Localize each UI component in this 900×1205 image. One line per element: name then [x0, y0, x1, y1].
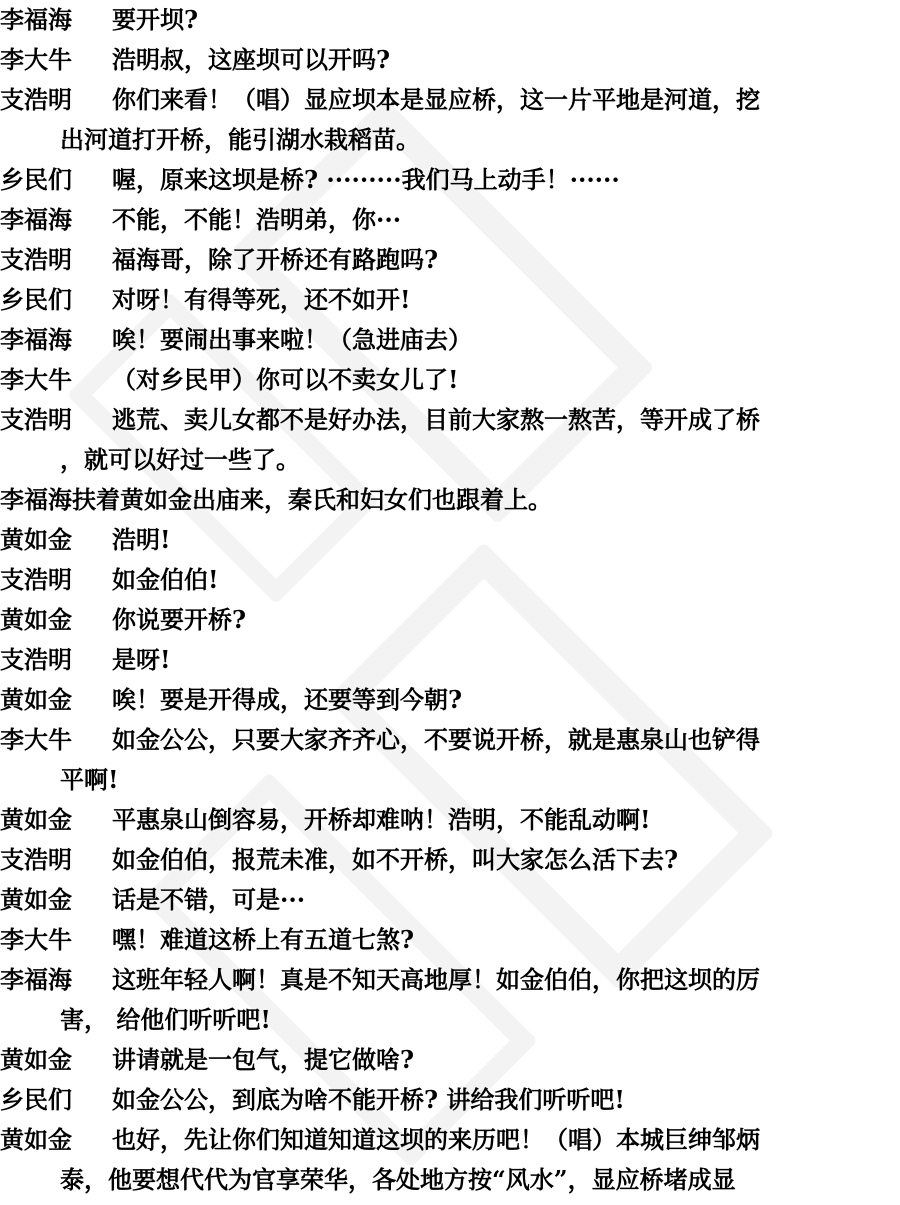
dialogue-line: 乡民们喔，原来这坝是桥? ·········我们马上动手！······ [0, 160, 880, 200]
line-text: 如金公公，只要大家齐齐心，不要说开桥，就是惠泉山也铲得 [112, 725, 760, 754]
speaker-name: 黄如金 [0, 520, 112, 560]
line-text: 嘿！难道这桥上有五道七煞? [112, 925, 414, 954]
line-text: 要开坝? [112, 5, 198, 34]
line-text: ，就可以好过一些了。 [60, 445, 300, 474]
line-text: 平惠泉山倒容易，开桥却难呐！浩明，不能乱动啊! [112, 805, 651, 834]
continuation-line: 害， 给他们听听吧! [0, 1000, 880, 1040]
speaker-name: 黄如金 [0, 880, 112, 920]
line-text: 是呀! [112, 645, 171, 674]
continuation-line: 平啊! [0, 760, 880, 800]
speaker-name: 乡民们 [0, 280, 112, 320]
continuation-line: 泰，他要想代代为官享荣华，各处地方按“风水”，显应桥堵成显 [0, 1160, 880, 1200]
speaker-name: 黄如金 [0, 680, 112, 720]
line-text: 逃荒、卖儿女都不是好办法，目前大家熬一熬苦，等开成了桥 [112, 405, 760, 434]
script-text: 李福海要开坝?李大牛浩明叔，这座坝可以开吗?支浩明你们来看！（唱）显应坝本是显应… [0, 0, 880, 1200]
speaker-name: 黄如金 [0, 600, 112, 640]
speaker-name: 乡民们 [0, 1080, 112, 1120]
dialogue-line: 李大牛嘿！难道这桥上有五道七煞? [0, 920, 880, 960]
dialogue-line: 李大牛浩明叔，这座坝可以开吗? [0, 40, 880, 80]
line-text: 浩明叔，这座坝可以开吗? [112, 45, 390, 74]
speaker-name: 李大牛 [0, 920, 112, 960]
line-text: 泰，他要想代代为官享荣华，各处地方按“风水”，显应桥堵成显 [60, 1165, 736, 1194]
line-text: 这班年轻人啊！真是不知天高地厚！如金伯伯，你把这坝的厉 [112, 965, 760, 994]
dialogue-line: 李大牛（对乡民甲）你可以不卖女儿了! [0, 360, 880, 400]
line-text: 讲请就是一包气，提它做啥? [112, 1045, 414, 1074]
continuation-line: ，就可以好过一些了。 [0, 440, 880, 480]
speaker-name: 李大牛 [0, 360, 112, 400]
line-text: 浩明! [112, 525, 171, 554]
dialogue-line: 黄如金你说要开桥? [0, 600, 880, 640]
dialogue-line: 支浩明逃荒、卖儿女都不是好办法，目前大家熬一熬苦，等开成了桥 [0, 400, 880, 440]
speaker-name: 李福海 [0, 0, 112, 40]
dialogue-line: 黄如金平惠泉山倒容易，开桥却难呐！浩明，不能乱动啊! [0, 800, 880, 840]
line-text: 福海哥，除了开桥还有路跑吗? [112, 245, 438, 274]
speaker-name: 支浩明 [0, 80, 112, 120]
line-text: 唉！要闹出事来啦！（急进庙去） [112, 325, 472, 354]
speaker-name: 支浩明 [0, 840, 112, 880]
dialogue-line: 黄如金浩明! [0, 520, 880, 560]
speaker-name: 李福海 [0, 960, 112, 1000]
dialogue-line: 李福海唉！要闹出事来啦！（急进庙去） [0, 320, 880, 360]
dialogue-line: 支浩明如金伯伯，报荒未准，如不开桥，叫大家怎么活下去? [0, 840, 880, 880]
speaker-name: 李福海 [0, 320, 112, 360]
dialogue-line: 支浩明是呀! [0, 640, 880, 680]
dialogue-line: 黄如金话是不错，可是··· [0, 880, 880, 920]
dialogue-line: 支浩明如金伯伯! [0, 560, 880, 600]
line-text: （对乡民甲）你可以不卖女儿了! [112, 365, 459, 394]
dialogue-line: 乡民们对呀！有得等死，还不如开! [0, 280, 880, 320]
line-text: 出河道打开桥，能引湖水栽稻苗。 [60, 125, 420, 154]
dialogue-line: 支浩明福海哥，除了开桥还有路跑吗? [0, 240, 880, 280]
line-text: 如金公公，到底为啥不能开桥? 讲给我们听听吧! [112, 1085, 625, 1114]
line-text: 如金伯伯，报荒未准，如不开桥，叫大家怎么活下去? [112, 845, 678, 874]
speaker-name: 黄如金 [0, 1040, 112, 1080]
line-text: 不能，不能！浩明弟，你··· [112, 205, 401, 234]
line-text: 如金伯伯! [112, 565, 219, 594]
speaker-name: 李大牛 [0, 720, 112, 760]
line-text: 平啊! [60, 765, 119, 794]
line-text: 对呀！有得等死，还不如开! [112, 285, 411, 314]
dialogue-line: 黄如金讲请就是一包气，提它做啥? [0, 1040, 880, 1080]
dialogue-line: 黄如金唉！要是开得成，还要等到今朝? [0, 680, 880, 720]
speaker-name: 黄如金 [0, 800, 112, 840]
line-text: 李福海扶着黄如金出庙来，秦氏和妇女们也跟着上。 [0, 485, 552, 514]
speaker-name: 李大牛 [0, 40, 112, 80]
speaker-name: 李福海 [0, 200, 112, 240]
dialogue-line: 支浩明你们来看！（唱）显应坝本是显应桥，这一片平地是河道，挖 [0, 80, 880, 120]
speaker-name: 支浩明 [0, 560, 112, 600]
dialogue-line: 乡民们如金公公，到底为啥不能开桥? 讲给我们听听吧! [0, 1080, 880, 1120]
dialogue-line: 李大牛如金公公，只要大家齐齐心，不要说开桥，就是惠泉山也铲得 [0, 720, 880, 760]
line-text: 也好，先让你们知道知道这坝的来历吧！（唱）本城巨绅邹炳 [112, 1125, 760, 1154]
line-text: 话是不错，可是··· [112, 885, 305, 914]
dialogue-line: 黄如金也好，先让你们知道知道这坝的来历吧！（唱）本城巨绅邹炳 [0, 1120, 880, 1160]
stage-direction: 李福海扶着黄如金出庙来，秦氏和妇女们也跟着上。 [0, 480, 880, 520]
line-text: 你们来看！（唱）显应坝本是显应桥，这一片平地是河道，挖 [112, 85, 760, 114]
continuation-line: 出河道打开桥，能引湖水栽稻苗。 [0, 120, 880, 160]
speaker-name: 黄如金 [0, 1120, 112, 1160]
dialogue-line: 李福海要开坝? [0, 0, 880, 40]
line-text: 喔，原来这坝是桥? ·········我们马上动手！······ [112, 165, 620, 194]
line-text: 唉！要是开得成，还要等到今朝? [112, 685, 462, 714]
line-text: 你说要开桥? [112, 605, 246, 634]
speaker-name: 支浩明 [0, 240, 112, 280]
dialogue-line: 李福海不能，不能！浩明弟，你··· [0, 200, 880, 240]
speaker-name: 支浩明 [0, 400, 112, 440]
speaker-name: 乡民们 [0, 160, 112, 200]
dialogue-line: 李福海这班年轻人啊！真是不知天高地厚！如金伯伯，你把这坝的厉 [0, 960, 880, 1000]
speaker-name: 支浩明 [0, 640, 112, 680]
line-text: 害， 给他们听听吧! [60, 1005, 271, 1034]
